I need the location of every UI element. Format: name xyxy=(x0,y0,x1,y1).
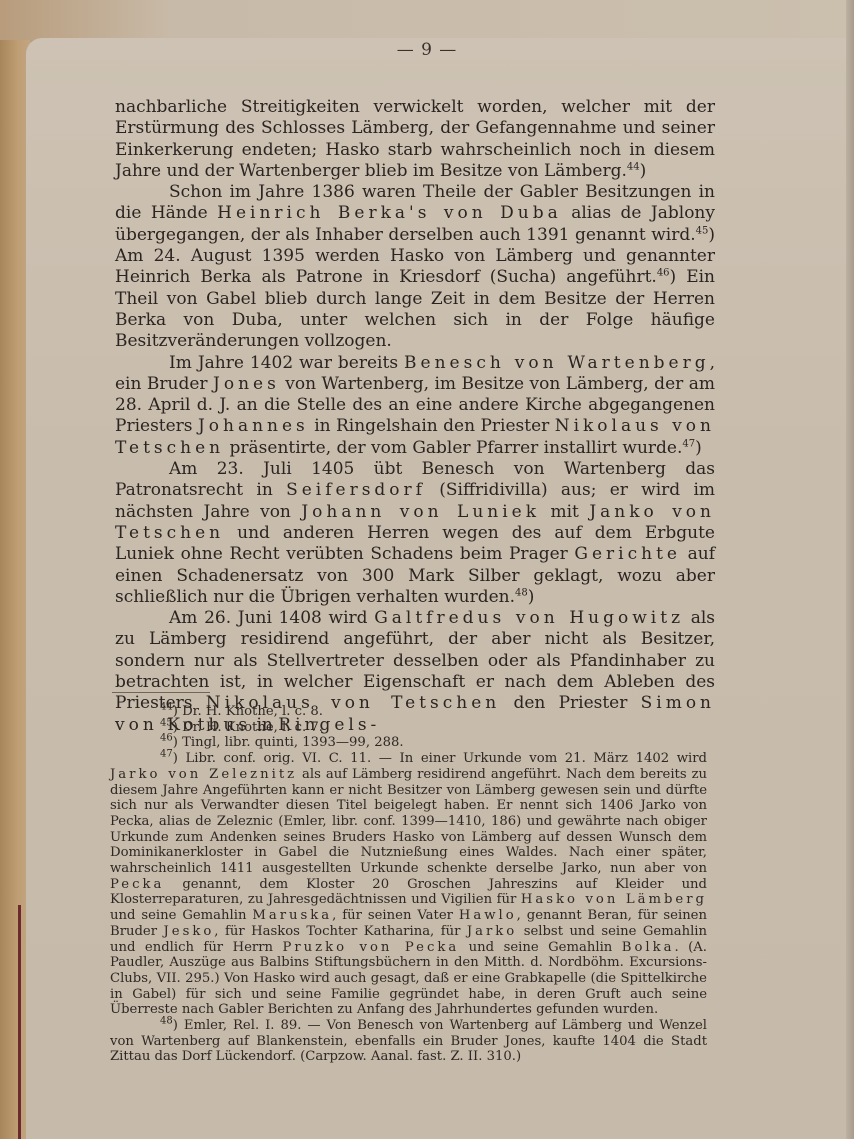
text-run: Am 26. Juni 1408 wird xyxy=(169,608,374,628)
footnote-ref: 46 xyxy=(160,733,173,744)
footnote-separator xyxy=(112,692,210,693)
footnote-ref: 47 xyxy=(682,438,695,449)
text-run: ) Tingl, libr. quinti, 1393—99, 288. xyxy=(173,735,404,750)
spaced-name: Gerichte xyxy=(574,544,681,564)
text-run: mit xyxy=(540,502,589,522)
spaced-name: Hawlo xyxy=(459,908,517,923)
footnote-ref: 48 xyxy=(515,587,528,598)
footnote: 47) Libr. conf. orig. VI. C. 11. — In ei… xyxy=(110,751,707,1018)
spaced-name: Seifersdorf xyxy=(286,480,426,500)
spaced-name: Maruska xyxy=(252,908,332,923)
footnote-ref: 47 xyxy=(160,749,173,760)
spaced-name: Bolka xyxy=(622,940,675,955)
text-run: ) Dr. H. Knothe, l. c. 7. xyxy=(173,720,323,735)
text-run: und seine Gemahlin xyxy=(110,908,252,923)
footnote: 45) Dr. H. Knothe, l. c. 7. xyxy=(110,720,707,736)
spaced-name: Johannes xyxy=(198,416,309,436)
spaced-name: Benesch von Wartenberg xyxy=(404,353,710,373)
spaced-name: Hasko von Lämberg xyxy=(521,892,707,907)
footnote-ref: 45 xyxy=(160,717,173,728)
footnote: 46) Tingl, libr. quinti, 1393—99, 288. xyxy=(110,735,707,751)
body-paragraph: nachbarliche Streitigkeiten verwickelt w… xyxy=(115,97,715,182)
footnote-ref: 46 xyxy=(657,268,670,279)
spaced-name: Galtfredus von Hugowitz xyxy=(374,608,684,628)
text-run: nachbarliche Streitigkeiten verwickelt w… xyxy=(115,97,715,181)
text-run: ) xyxy=(695,438,702,458)
text-run: ) Libr. conf. orig. VI. C. 11. — In eine… xyxy=(173,751,707,766)
text-run: in Ringelshain den Priester xyxy=(309,416,555,436)
text-run: Im Jahre 1402 war bereits xyxy=(169,353,404,373)
footnote: 48) Emler, Rel. I. 89. — Von Benesch von… xyxy=(110,1018,707,1065)
footnote-ref: 45 xyxy=(696,225,709,236)
body-text: nachbarliche Streitigkeiten verwickelt w… xyxy=(115,97,715,736)
spaced-name: Jesko xyxy=(164,924,215,939)
spaced-name: Jarko von Zeleznitz xyxy=(110,767,297,782)
spaced-name: Jarko xyxy=(467,924,517,939)
spaced-name: Pecka xyxy=(110,877,164,892)
text-run: ) xyxy=(528,587,535,607)
text-run: ) xyxy=(640,161,647,181)
spaced-name: Pruzko von Pecka xyxy=(282,940,459,955)
text-run: , für seinen Vater xyxy=(332,908,459,923)
footnote: 44) Dr. H. Knothe, l. c. 8. xyxy=(110,704,707,720)
spaced-name: Heinrich Berka's von Duba xyxy=(217,203,562,223)
text-run: als auf Lämberg residirend angeführt. Na… xyxy=(110,767,707,876)
text-run: ) Dr. H. Knothe, l. c. 8. xyxy=(173,704,323,719)
footnote-ref: 44 xyxy=(160,702,173,713)
body-paragraph: Am 23. Juli 1405 übt Benesch von Wartenb… xyxy=(115,459,715,608)
text-run: und seine Gemahlin xyxy=(459,940,622,955)
body-paragraph: Schon im Jahre 1386 waren Theile der Gab… xyxy=(115,182,715,352)
page-number: — 9 — xyxy=(0,40,854,60)
body-paragraph: Im Jahre 1402 war bereits Benesch von Wa… xyxy=(115,353,715,459)
footnote-ref: 44 xyxy=(627,161,640,172)
footnotes: 44) Dr. H. Knothe, l. c. 8.45) Dr. H. Kn… xyxy=(110,704,707,1065)
text-run: präsentirte, der vom Gabler Pfarrer inst… xyxy=(224,438,682,458)
text-run: , für Haskos Tochter Katharina, für xyxy=(214,924,467,939)
spaced-name: Johann von Luniek xyxy=(301,502,540,522)
footnote-ref: 48 xyxy=(160,1016,173,1027)
text-run: ) Emler, Rel. I. 89. — Von Benesch von W… xyxy=(110,1018,707,1064)
page-content: — 9 — nachbarliche Streitigkeiten verwic… xyxy=(0,0,854,1139)
spaced-name: Jones xyxy=(213,374,280,394)
